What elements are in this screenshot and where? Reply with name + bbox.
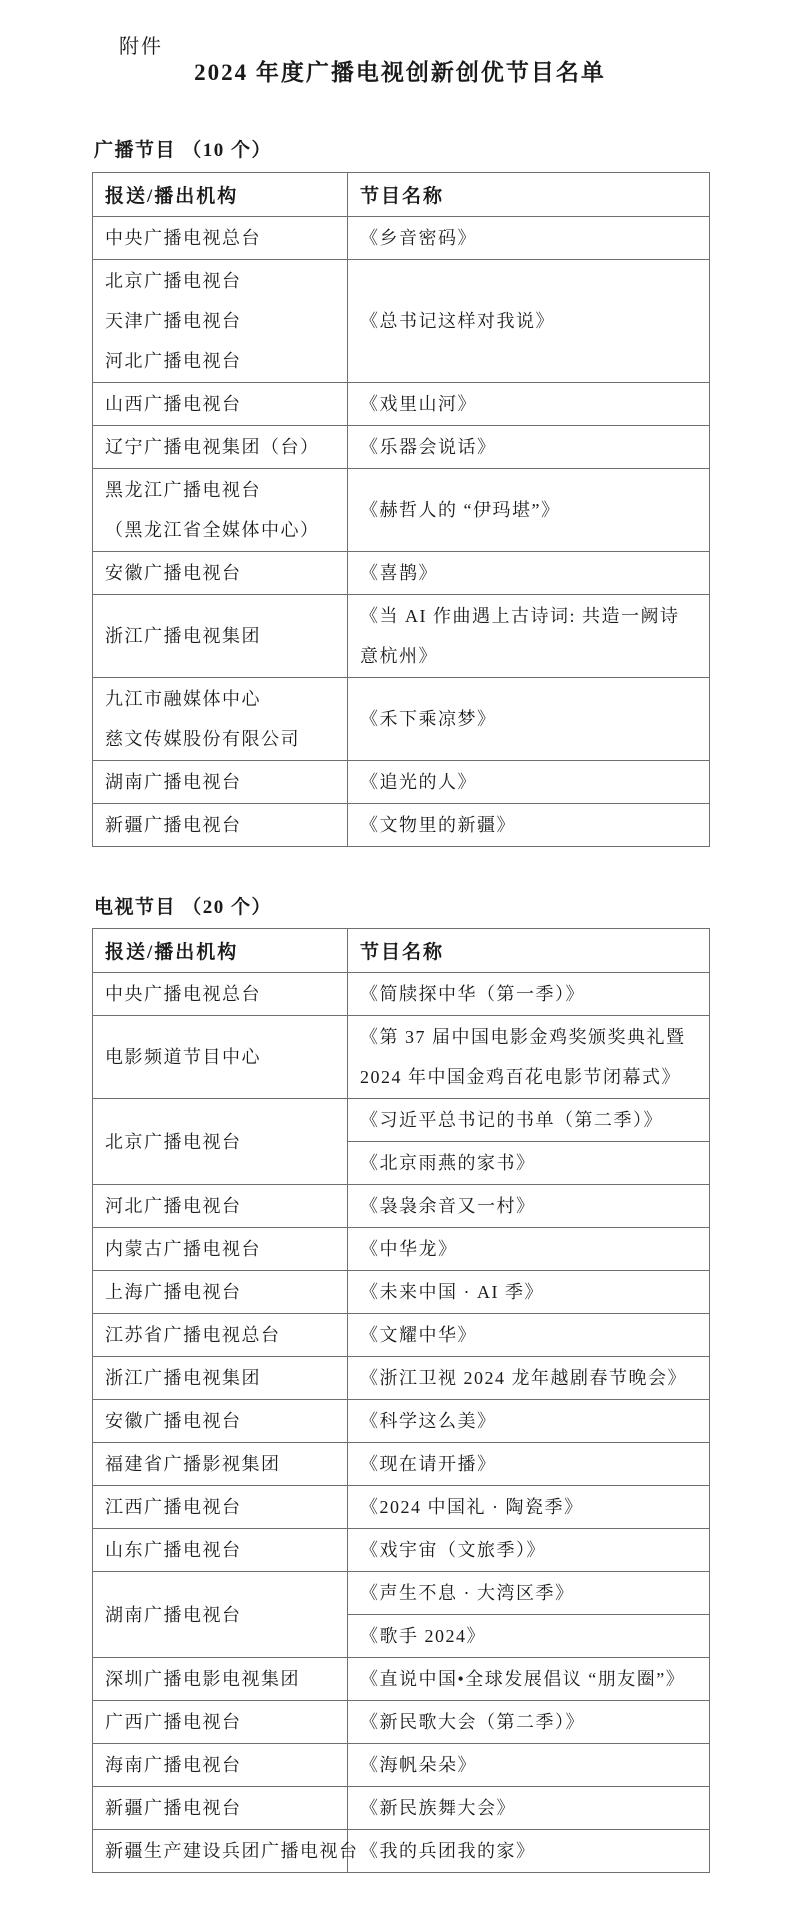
program-cell: 《追光的人》 bbox=[348, 761, 710, 804]
table-row: 广西广播电视台《新民歌大会（第二季）》 bbox=[93, 1701, 710, 1744]
column-header-org: 报送/播出机构 bbox=[93, 173, 348, 217]
cell-line: 慈文传媒股份有限公司 bbox=[105, 719, 339, 759]
program-cell: 《乡音密码》 bbox=[348, 217, 710, 260]
cell-line: 《赫哲人的 “伊玛堪”》 bbox=[360, 490, 701, 530]
program-cell: 《新民族舞大会》 bbox=[348, 1787, 710, 1830]
cell-line: 《现在请开播》 bbox=[360, 1444, 701, 1484]
cell-line: 《禾下乘凉梦》 bbox=[360, 699, 701, 739]
org-cell: 北京广播电视台天津广播电视台河北广播电视台 bbox=[93, 260, 348, 383]
cell-line: 《中华龙》 bbox=[360, 1229, 701, 1269]
cell-line: 福建省广播影视集团 bbox=[105, 1444, 339, 1484]
table-row: 新疆生产建设兵团广播电视台《我的兵团我的家》 bbox=[93, 1830, 710, 1873]
table-row: 浙江广播电视集团《当 AI 作曲遇上古诗词: 共造一阙诗意杭州》 bbox=[93, 595, 710, 678]
table-row: 北京广播电视台天津广播电视台河北广播电视台《总书记这样对我说》 bbox=[93, 260, 710, 383]
program-cell: 《科学这么美》 bbox=[348, 1400, 710, 1443]
program-cell: 《北京雨燕的家书》 bbox=[348, 1142, 710, 1185]
program-cell: 《总书记这样对我说》 bbox=[348, 260, 710, 383]
program-cell: 《喜鹊》 bbox=[348, 552, 710, 595]
program-cell: 《简牍探中华（第一季）》 bbox=[348, 973, 710, 1016]
org-cell: 电影频道节目中心 bbox=[93, 1016, 348, 1099]
org-cell: 山西广播电视台 bbox=[93, 383, 348, 426]
table-row: 江苏省广播电视总台《文耀中华》 bbox=[93, 1314, 710, 1357]
cell-line: 《2024 中国礼 · 陶瓷季》 bbox=[360, 1487, 701, 1527]
cell-line: 《直说中国•全球发展倡议 “朋友圈”》 bbox=[360, 1659, 701, 1699]
org-cell: 黑龙江广播电视台（黑龙江省全媒体中心） bbox=[93, 469, 348, 552]
radio-programs-table: 报送/播出机构 节目名称 中央广播电视总台《乡音密码》北京广播电视台天津广播电视… bbox=[92, 172, 710, 847]
program-cell: 《海帆朵朵》 bbox=[348, 1744, 710, 1787]
table-row: 辽宁广播电视集团（台）《乐器会说话》 bbox=[93, 426, 710, 469]
cell-line: 湖南广播电视台 bbox=[105, 762, 339, 802]
cell-line: 深圳广播电影电视集团 bbox=[105, 1659, 339, 1699]
program-cell: 《戏里山河》 bbox=[348, 383, 710, 426]
org-cell: 辽宁广播电视集团（台） bbox=[93, 426, 348, 469]
org-cell: 福建省广播影视集团 bbox=[93, 1443, 348, 1486]
table-row: 新疆广播电视台《文物里的新疆》 bbox=[93, 804, 710, 847]
table-row: 安徽广播电视台《喜鹊》 bbox=[93, 552, 710, 595]
cell-line: 《当 AI 作曲遇上古诗词: 共造一阙诗 bbox=[360, 596, 701, 636]
org-cell: 新疆生产建设兵团广播电视台 bbox=[93, 1830, 348, 1873]
cell-line: 山东广播电视台 bbox=[105, 1530, 339, 1570]
cell-line: 《未来中国 · AI 季》 bbox=[360, 1272, 701, 1312]
cell-line: 《乡音密码》 bbox=[360, 218, 701, 258]
cell-line: 《文物里的新疆》 bbox=[360, 805, 701, 845]
tv-programs-table: 报送/播出机构 节目名称 中央广播电视总台《简牍探中华（第一季）》电影频道节目中… bbox=[92, 928, 710, 1873]
cell-line: 江西广播电视台 bbox=[105, 1487, 339, 1527]
org-cell: 安徽广播电视台 bbox=[93, 1400, 348, 1443]
table-row: 安徽广播电视台《科学这么美》 bbox=[93, 1400, 710, 1443]
table-row: 深圳广播电影电视集团《直说中国•全球发展倡议 “朋友圈”》 bbox=[93, 1658, 710, 1701]
cell-line: 《总书记这样对我说》 bbox=[360, 301, 701, 341]
table-row: 内蒙古广播电视台《中华龙》 bbox=[93, 1228, 710, 1271]
cell-line: 意杭州》 bbox=[360, 636, 701, 676]
program-cell: 《戏宇宙（文旅季）》 bbox=[348, 1529, 710, 1572]
cell-line: 海南广播电视台 bbox=[105, 1745, 339, 1785]
org-cell: 新疆广播电视台 bbox=[93, 1787, 348, 1830]
cell-line: 内蒙古广播电视台 bbox=[105, 1229, 339, 1269]
cell-line: 安徽广播电视台 bbox=[105, 553, 339, 593]
org-cell: 深圳广播电影电视集团 bbox=[93, 1658, 348, 1701]
program-cell: 《直说中国•全球发展倡议 “朋友圈”》 bbox=[348, 1658, 710, 1701]
cell-line: 《海帆朵朵》 bbox=[360, 1745, 701, 1785]
section-heading-radio: 广播节目 （10 个） bbox=[94, 135, 272, 162]
program-cell: 《禾下乘凉梦》 bbox=[348, 678, 710, 761]
program-cell: 《袅袅余音又一村》 bbox=[348, 1185, 710, 1228]
cell-line: 《新民歌大会（第二季）》 bbox=[360, 1702, 701, 1742]
table-header-row: 报送/播出机构 节目名称 bbox=[93, 929, 710, 973]
table-row: 九江市融媒体中心慈文传媒股份有限公司《禾下乘凉梦》 bbox=[93, 678, 710, 761]
org-cell: 浙江广播电视集团 bbox=[93, 1357, 348, 1400]
cell-line: 江苏省广播电视总台 bbox=[105, 1315, 339, 1355]
cell-line: 《第 37 届中国电影金鸡奖颁奖典礼暨 bbox=[360, 1017, 701, 1057]
program-cell: 《中华龙》 bbox=[348, 1228, 710, 1271]
org-cell: 江西广播电视台 bbox=[93, 1486, 348, 1529]
table-row: 中央广播电视总台《乡音密码》 bbox=[93, 217, 710, 260]
cell-line: 《乐器会说话》 bbox=[360, 427, 701, 467]
cell-line: 新疆广播电视台 bbox=[105, 1788, 339, 1828]
org-cell: 新疆广播电视台 bbox=[93, 804, 348, 847]
org-cell: 中央广播电视总台 bbox=[93, 217, 348, 260]
org-cell: 中央广播电视总台 bbox=[93, 973, 348, 1016]
column-header-program: 节目名称 bbox=[348, 929, 710, 973]
column-header-program: 节目名称 bbox=[348, 173, 710, 217]
org-cell: 湖南广播电视台 bbox=[93, 761, 348, 804]
org-cell: 河北广播电视台 bbox=[93, 1185, 348, 1228]
cell-line: 浙江广播电视集团 bbox=[105, 1358, 339, 1398]
table-row: 河北广播电视台《袅袅余音又一村》 bbox=[93, 1185, 710, 1228]
org-cell: 内蒙古广播电视台 bbox=[93, 1228, 348, 1271]
table-row: 湖南广播电视台《追光的人》 bbox=[93, 761, 710, 804]
cell-line: 九江市融媒体中心 bbox=[105, 679, 339, 719]
cell-line: 黑龙江广播电视台 bbox=[105, 470, 339, 510]
cell-line: 河北广播电视台 bbox=[105, 341, 339, 381]
cell-line: 天津广播电视台 bbox=[105, 301, 339, 341]
program-cell: 《2024 中国礼 · 陶瓷季》 bbox=[348, 1486, 710, 1529]
cell-line: 《科学这么美》 bbox=[360, 1401, 701, 1441]
cell-line: 北京广播电视台 bbox=[105, 1122, 339, 1162]
cell-line: 湖南广播电视台 bbox=[105, 1595, 339, 1635]
program-cell: 《未来中国 · AI 季》 bbox=[348, 1271, 710, 1314]
org-cell: 上海广播电视台 bbox=[93, 1271, 348, 1314]
table-header-row: 报送/播出机构 节目名称 bbox=[93, 173, 710, 217]
program-cell: 《新民歌大会（第二季）》 bbox=[348, 1701, 710, 1744]
cell-line: 新疆广播电视台 bbox=[105, 805, 339, 845]
cell-line: 安徽广播电视台 bbox=[105, 1401, 339, 1441]
cell-line: 《戏里山河》 bbox=[360, 384, 701, 424]
org-cell: 江苏省广播电视总台 bbox=[93, 1314, 348, 1357]
program-cell: 《歌手 2024》 bbox=[348, 1615, 710, 1658]
cell-line: 《文耀中华》 bbox=[360, 1315, 701, 1355]
table-row: 山东广播电视台《戏宇宙（文旅季）》 bbox=[93, 1529, 710, 1572]
section-heading-tv: 电视节目 （20 个） bbox=[94, 892, 272, 919]
cell-line: 辽宁广播电视集团（台） bbox=[105, 427, 339, 467]
org-cell: 海南广播电视台 bbox=[93, 1744, 348, 1787]
cell-line: 《简牍探中华（第一季）》 bbox=[360, 974, 701, 1014]
table-row: 江西广播电视台《2024 中国礼 · 陶瓷季》 bbox=[93, 1486, 710, 1529]
table-row: 海南广播电视台《海帆朵朵》 bbox=[93, 1744, 710, 1787]
cell-line: 北京广播电视台 bbox=[105, 261, 339, 301]
table-row: 电影频道节目中心《第 37 届中国电影金鸡奖颁奖典礼暨2024 年中国金鸡百花电… bbox=[93, 1016, 710, 1099]
org-cell: 广西广播电视台 bbox=[93, 1701, 348, 1744]
program-cell: 《文耀中华》 bbox=[348, 1314, 710, 1357]
cell-line: 《戏宇宙（文旅季）》 bbox=[360, 1530, 701, 1570]
table-row: 新疆广播电视台《新民族舞大会》 bbox=[93, 1787, 710, 1830]
table-row: 浙江广播电视集团《浙江卫视 2024 龙年越剧春节晚会》 bbox=[93, 1357, 710, 1400]
program-cell: 《赫哲人的 “伊玛堪”》 bbox=[348, 469, 710, 552]
cell-line: 《我的兵团我的家》 bbox=[360, 1831, 701, 1871]
org-cell: 湖南广播电视台 bbox=[93, 1572, 348, 1658]
program-cell: 《声生不息 · 大湾区季》 bbox=[348, 1572, 710, 1615]
cell-line: 《歌手 2024》 bbox=[360, 1616, 701, 1656]
cell-line: 《浙江卫视 2024 龙年越剧春节晚会》 bbox=[360, 1358, 701, 1398]
org-cell: 九江市融媒体中心慈文传媒股份有限公司 bbox=[93, 678, 348, 761]
program-cell: 《第 37 届中国电影金鸡奖颁奖典礼暨2024 年中国金鸡百花电影节闭幕式》 bbox=[348, 1016, 710, 1099]
cell-line: 《北京雨燕的家书》 bbox=[360, 1143, 701, 1183]
cell-line: 《追光的人》 bbox=[360, 762, 701, 802]
org-cell: 北京广播电视台 bbox=[93, 1099, 348, 1185]
org-cell: 山东广播电视台 bbox=[93, 1529, 348, 1572]
cell-line: 河北广播电视台 bbox=[105, 1186, 339, 1226]
column-header-org: 报送/播出机构 bbox=[93, 929, 348, 973]
table-row: 山西广播电视台《戏里山河》 bbox=[93, 383, 710, 426]
cell-line: 2024 年中国金鸡百花电影节闭幕式》 bbox=[360, 1057, 701, 1097]
program-cell: 《乐器会说话》 bbox=[348, 426, 710, 469]
table-row: 黑龙江广播电视台（黑龙江省全媒体中心）《赫哲人的 “伊玛堪”》 bbox=[93, 469, 710, 552]
program-cell: 《当 AI 作曲遇上古诗词: 共造一阙诗意杭州》 bbox=[348, 595, 710, 678]
cell-line: 浙江广播电视集团 bbox=[105, 616, 339, 656]
program-cell: 《现在请开播》 bbox=[348, 1443, 710, 1486]
org-cell: 浙江广播电视集团 bbox=[93, 595, 348, 678]
cell-line: 《袅袅余音又一村》 bbox=[360, 1186, 701, 1226]
program-cell: 《我的兵团我的家》 bbox=[348, 1830, 710, 1873]
cell-line: 《习近平总书记的书单（第二季）》 bbox=[360, 1100, 701, 1140]
cell-line: 新疆生产建设兵团广播电视台 bbox=[105, 1831, 339, 1871]
table-row: 中央广播电视总台《简牍探中华（第一季）》 bbox=[93, 973, 710, 1016]
table-row: 福建省广播影视集团《现在请开播》 bbox=[93, 1443, 710, 1486]
cell-line: 中央广播电视总台 bbox=[105, 974, 339, 1014]
cell-line: 广西广播电视台 bbox=[105, 1702, 339, 1742]
cell-line: （黑龙江省全媒体中心） bbox=[105, 510, 339, 550]
org-cell: 安徽广播电视台 bbox=[93, 552, 348, 595]
cell-line: 《喜鹊》 bbox=[360, 553, 701, 593]
cell-line: 电影频道节目中心 bbox=[105, 1037, 339, 1077]
table-row: 上海广播电视台《未来中国 · AI 季》 bbox=[93, 1271, 710, 1314]
table-row: 湖南广播电视台《声生不息 · 大湾区季》 bbox=[93, 1572, 710, 1615]
program-cell: 《浙江卫视 2024 龙年越剧春节晚会》 bbox=[348, 1357, 710, 1400]
table-row: 北京广播电视台《习近平总书记的书单（第二季）》 bbox=[93, 1099, 710, 1142]
cell-line: 《新民族舞大会》 bbox=[360, 1788, 701, 1828]
program-cell: 《习近平总书记的书单（第二季）》 bbox=[348, 1099, 710, 1142]
cell-line: 上海广播电视台 bbox=[105, 1272, 339, 1312]
document-title: 2024 年度广播电视创新创优节目名单 bbox=[0, 54, 800, 87]
cell-line: 山西广播电视台 bbox=[105, 384, 339, 424]
cell-line: 中央广播电视总台 bbox=[105, 218, 339, 258]
cell-line: 《声生不息 · 大湾区季》 bbox=[360, 1573, 701, 1613]
program-cell: 《文物里的新疆》 bbox=[348, 804, 710, 847]
